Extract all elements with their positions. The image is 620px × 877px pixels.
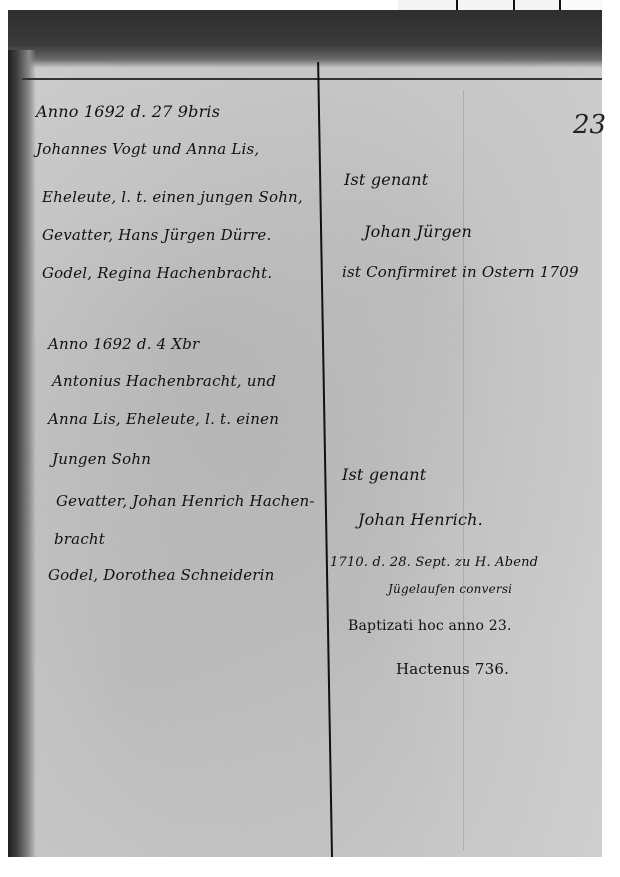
right-entry-2-line-1: Ist genant <box>342 465 426 484</box>
right-entry-1-line-3: ist Confirmiret in Ostern 1709 <box>342 263 579 281</box>
scanned-register-page: 23 Anno 1692 d. 27 9bris Johannes Vogt u… <box>8 10 602 857</box>
entry-2-line-4: Gevatter, Johan Henrich Hachen- <box>56 492 315 510</box>
baptized-count: Baptizati hoc anno 23. <box>348 618 512 634</box>
entry-1-line-1: Johannes Vogt und Anna Lis, <box>36 140 259 158</box>
entry-2-line-5: bracht <box>54 530 105 548</box>
entry-1-date: Anno 1692 d. 27 9bris <box>36 102 220 121</box>
entry-1-line-2: Eheleute, l. t. einen jungen Sohn, <box>42 188 303 206</box>
binding-shadow <box>8 50 36 857</box>
header-rule-line <box>22 78 602 80</box>
entry-1-line-4: Godel, Regina Hachenbracht. <box>42 264 272 282</box>
column-divider <box>317 62 333 857</box>
running-total: Hactenus 736. <box>396 660 509 678</box>
right-entry-2-line-4: Jügelaufen conversi <box>388 582 512 596</box>
right-entry-2-line-2: Johan Henrich. <box>358 510 483 529</box>
entry-2-date: Anno 1692 d. 4 Xbr <box>48 335 199 353</box>
entry-2-line-6: Godel, Dorothea Schneiderin <box>48 566 275 584</box>
scan-dark-top-band <box>8 10 602 68</box>
page-number: 23 <box>573 110 606 140</box>
faint-ruled-line <box>463 90 464 850</box>
right-entry-1-line-1: Ist genant <box>344 170 428 189</box>
entry-2-line-2: Anna Lis, Eheleute, l. t. einen <box>48 410 279 428</box>
right-entry-1-line-2: Johan Jürgen <box>364 222 472 241</box>
entry-1-line-3: Gevatter, Hans Jürgen Dürre. <box>42 226 271 244</box>
entry-2-line-1: Antonius Hachenbracht, und <box>52 372 276 390</box>
right-entry-2-line-3: 1710. d. 28. Sept. zu H. Abend <box>330 555 538 570</box>
entry-2-line-3: Jungen Sohn <box>52 450 151 468</box>
